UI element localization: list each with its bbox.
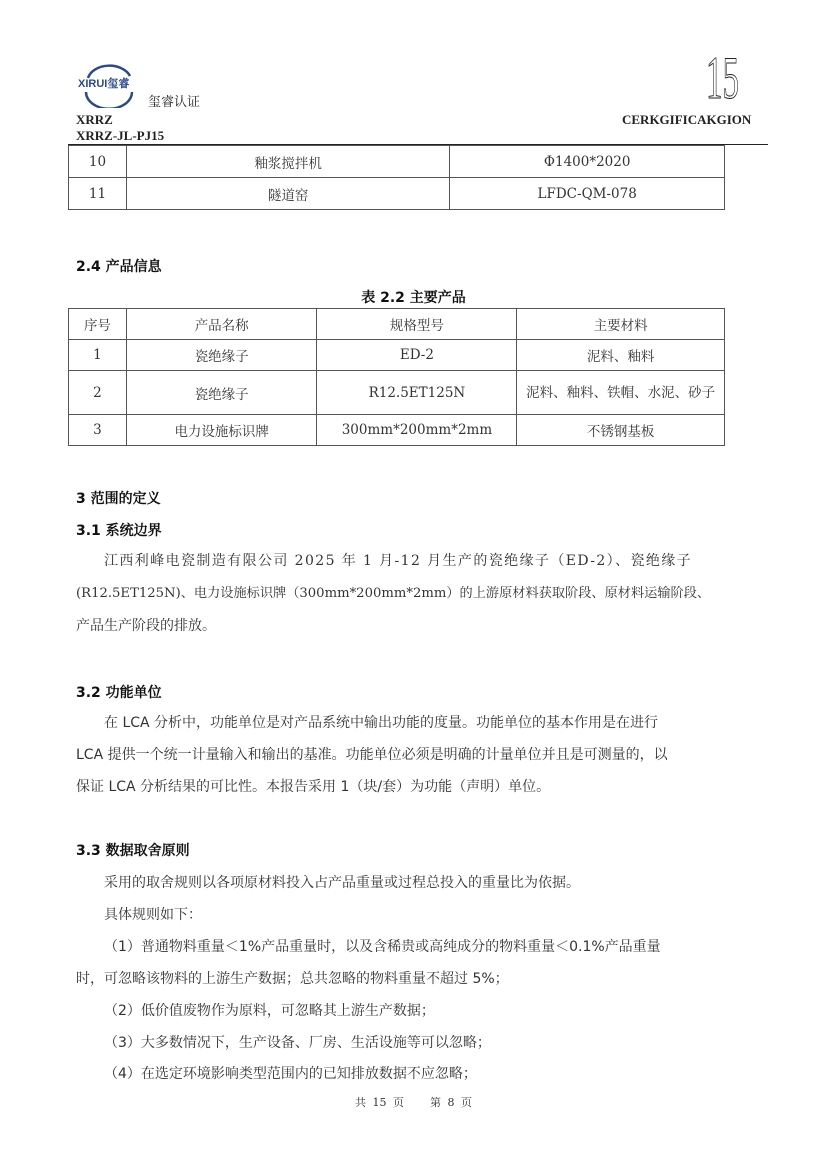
table-row: 2 瓷绝缘子 R12.5ET125N 泥料、釉料、铁帽、水泥、砂子 <box>69 371 725 415</box>
paragraph-line: (R12.5ET125N)、电力设施标识牌（300mm*200mm*2mm）的上… <box>76 584 710 604</box>
section-heading-2-4: 2.4 产品信息 <box>76 256 162 276</box>
list-item: （1）普通物料重量＜1%产品重量时，以及含稀贵或高纯成分的物料重量＜0.1%产品… <box>104 936 661 956</box>
list-item: （3）大多数情况下，生产设备、厂房、生活设施等可以忽略； <box>104 1032 491 1052</box>
cell-name: 隧道窑 <box>126 178 449 210</box>
cell-name: 瓷绝缘子 <box>126 371 317 415</box>
column-header: 规格型号 <box>317 309 517 340</box>
cell-material: 泥料、釉料、铁帽、水泥、砂子 <box>517 371 725 415</box>
cell-no: 2 <box>69 371 127 415</box>
section-heading-3: 3 范围的定义 <box>76 488 161 508</box>
cell-spec: 300mm*200mm*2mm <box>317 415 517 446</box>
logo-text: XIRUI玺睿 <box>78 75 129 91</box>
cell-no: 1 <box>69 340 127 371</box>
page-footer: 共 15 页 第 8 页 <box>0 1094 827 1110</box>
cell-spec: LFDC-QM-078 <box>450 178 725 210</box>
cell-name: 釉浆搅拌机 <box>126 146 449 178</box>
cell-no: 10 <box>69 146 127 178</box>
cell-no: 3 <box>69 415 127 446</box>
table-row: 11 隧道窑 LFDC-QM-078 <box>69 178 725 210</box>
paragraph-line: 产品生产阶段的排放。 <box>76 616 216 636</box>
cell-spec: ED-2 <box>317 340 517 371</box>
cell-material: 泥料、釉料 <box>517 340 725 371</box>
table-header-row: 序号 产品名称 规格型号 主要材料 <box>69 309 725 340</box>
paragraph-line: 采用的取舍规则以各项原材料投入占产品重量或过程总投入的重量比为依据。 <box>104 872 580 892</box>
paragraph-line: 具体规则如下： <box>104 904 202 924</box>
cell-spec: Φ1400*2020 <box>450 146 725 178</box>
table-row: 3 电力设施标识牌 300mm*200mm*2mm 不锈钢基板 <box>69 415 725 446</box>
paragraph-line: 保证 LCA 分析结果的可比性。本报告采用 1（块/套）为功能（声明）单位。 <box>76 776 550 796</box>
table-caption: 表 2.2 主要产品 <box>0 287 827 307</box>
cell-name: 电力设施标识牌 <box>126 415 317 446</box>
column-header: 产品名称 <box>126 309 317 340</box>
section-heading-3-3: 3.3 数据取舍原则 <box>76 840 190 860</box>
list-item: （4）在选定环境影响类型范围内的已知排放数据不应忽略； <box>104 1063 477 1083</box>
equipment-table: 10 釉浆搅拌机 Φ1400*2020 11 隧道窑 LFDC-QM-078 <box>68 145 725 210</box>
header-code: XRRZ <box>76 112 113 128</box>
paragraph-line: 在 LCA 分析中，功能单位是对产品系统中输出功能的度量。功能单位的基本作用是在… <box>104 712 658 732</box>
cell-material: 不锈钢基板 <box>517 415 725 446</box>
certification-label: CERKGIFICAKGION <box>622 112 751 128</box>
list-item: （2）低价值废物作为原料，可忽略其上游生产数据； <box>104 1000 435 1020</box>
products-table: 序号 产品名称 规格型号 主要材料 1 瓷绝缘子 ED-2 泥料、釉料 2 瓷绝… <box>68 308 725 446</box>
cell-name: 瓷绝缘子 <box>126 340 317 371</box>
company-logo: XIRUI玺睿 <box>76 62 142 108</box>
cell-no: 11 <box>69 178 127 210</box>
column-header: 主要材料 <box>517 309 725 340</box>
paragraph-line: 江西利峰电瓷制造有限公司 2025 年 1 月-12 月生产的瓷绝缘子（ED-2… <box>104 551 692 571</box>
brand-name: 玺睿认证 <box>148 91 200 110</box>
paragraph-line: LCA 提供一个统一计量输入和输出的基准。功能单位必须是明确的计量单位并且是可测… <box>76 744 668 764</box>
page-badge: 15 <box>706 48 739 108</box>
table-row: 10 釉浆搅拌机 Φ1400*2020 <box>69 146 725 178</box>
table-row: 1 瓷绝缘子 ED-2 泥料、釉料 <box>69 340 725 371</box>
list-item-continuation: 时，可忽略该物料的上游生产数据；总共忽略的物料重量不超过 5%； <box>76 968 509 988</box>
cell-spec: R12.5ET125N <box>317 371 517 415</box>
section-heading-3-1: 3.1 系统边界 <box>76 520 162 540</box>
section-heading-3-2: 3.2 功能单位 <box>76 682 162 702</box>
column-header: 序号 <box>69 309 127 340</box>
document-code: XRRZ-JL-PJ15 <box>76 128 164 144</box>
